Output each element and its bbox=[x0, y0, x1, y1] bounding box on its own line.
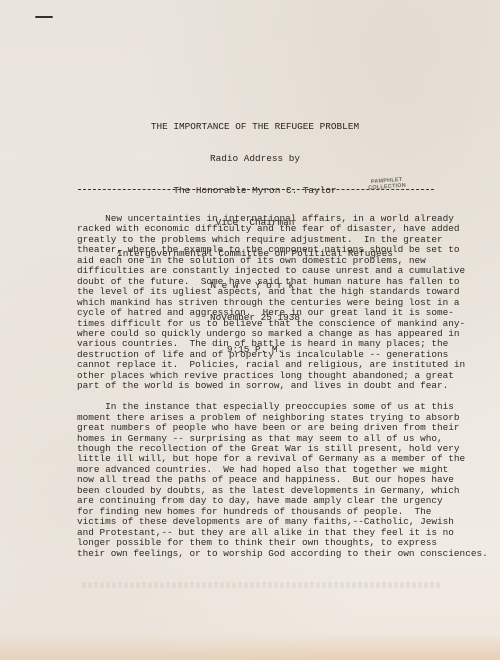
text-line: longer possible for them to think their … bbox=[77, 538, 477, 548]
document-body: New uncertainties in international affai… bbox=[77, 214, 477, 559]
ink-mark bbox=[35, 16, 53, 18]
document-title: THE IMPORTANCE OF THE REFUGEE PROBLEM bbox=[0, 122, 500, 133]
speaker-name: The Honorable Myron C. Taylor bbox=[0, 186, 500, 197]
text-line: great numbers of people who have been or… bbox=[77, 423, 477, 433]
document-subtitle: Radio Address by bbox=[0, 154, 500, 165]
paragraph-2: In the instance that especially preoccup… bbox=[77, 402, 477, 559]
text-line: part of the world is bowed in sorrow, an… bbox=[77, 381, 477, 391]
paragraph-1: New uncertainties in international affai… bbox=[77, 214, 477, 392]
document-page: THE IMPORTANCE OF THE REFUGEE PROBLEM Ra… bbox=[0, 0, 500, 660]
dashed-divider bbox=[78, 189, 434, 190]
text-line: their own feelings, or to worship God ac… bbox=[77, 549, 477, 559]
text-line: cycle of hatred and aggression. Here in … bbox=[77, 308, 477, 318]
bleed-through-text bbox=[82, 582, 442, 588]
